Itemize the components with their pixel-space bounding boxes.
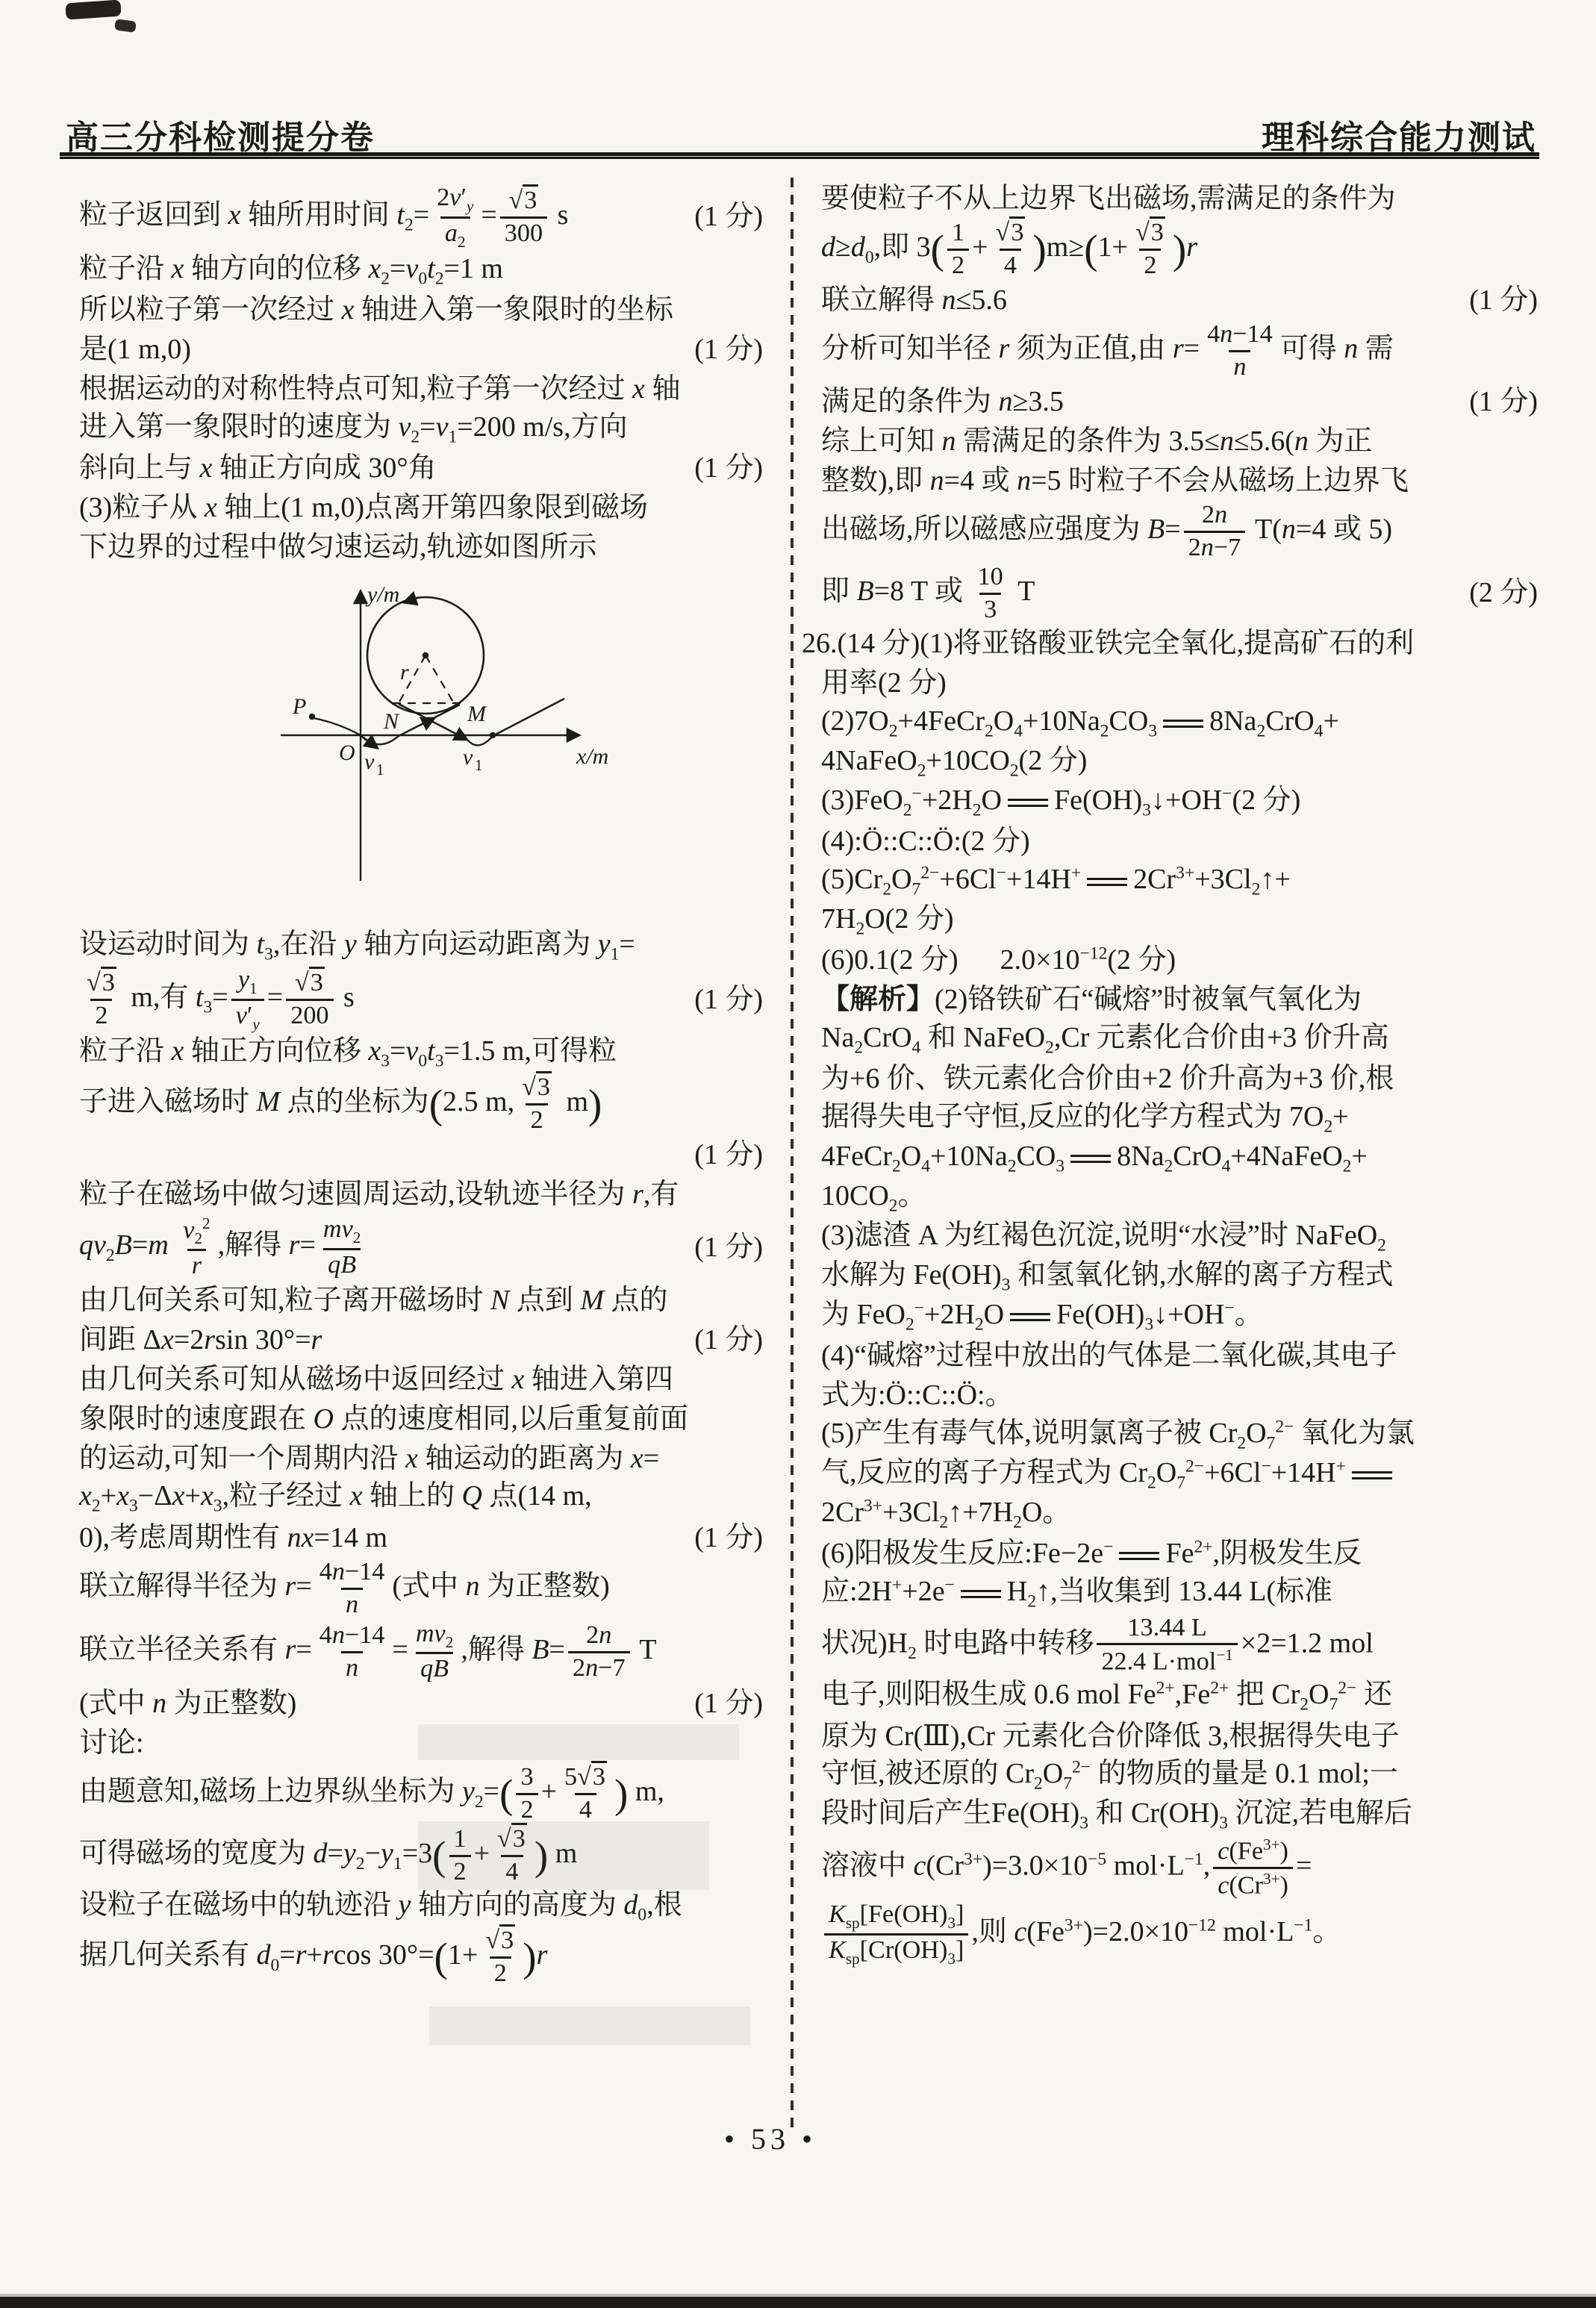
v1-label-first-sub: 1: [376, 761, 384, 779]
line-text: 状况)H2 时电路中转移13.44 L22.4 L·mol−1×2=1.2 mo…: [821, 1614, 1374, 1677]
line-text: qv2B=m v22r,解得 r=mv2qB: [79, 1214, 368, 1281]
text-line: 所以粒子第一次经过 x 轴进入第一象限时的坐标: [79, 290, 763, 330]
trajectory-figure: y/m x/m O P N M r v 1 v 1: [275, 582, 614, 885]
text-line: (3)粒子从 x 轴上(1 m,0)点离开第四象限到磁场: [79, 488, 763, 528]
text-line: 由题意知,磁场上边界纵坐标为 y2=(32+5√34) m,: [79, 1763, 763, 1825]
text-line: 即 B=8 T 或 103 T(2 分): [821, 563, 1538, 625]
header-right-title: 理科综合能力测试: [1262, 110, 1536, 158]
text-line: 联立解得 n≤5.6(1 分): [821, 281, 1538, 320]
x-axis-label: x/m: [576, 744, 608, 769]
text-line: 联立解得半径为 r=4n−14n(式中 n 为正整数): [79, 1558, 763, 1620]
v1-label-second-sub: 1: [475, 756, 483, 774]
text-line: 下边界的过程中做匀速运动,轨迹如图所示: [79, 528, 763, 567]
line-text: 粒子沿 x 轴方向的位移 x2=v0t2=1 m: [79, 252, 503, 290]
score-label: (1 分): [687, 982, 763, 1018]
text-line: 间距 Δx=2rsin 30°=r(1 分): [79, 1320, 763, 1360]
line-text: 是(1 m,0): [79, 332, 191, 368]
scanned-answer-page: 高三分科检测提分卷 理科综合能力测试 粒子返回到 x 轴所用时间 t2=2v′y…: [0, 0, 1596, 2308]
text-line: 4NaFeO2+10CO2(2 分): [821, 743, 1538, 783]
page-number: • 53 •: [673, 2121, 867, 2156]
line-text: 式为:Ö::C::Ö:。: [821, 1378, 1014, 1414]
line-text: 综上可知 n 需满足的条件为 3.5≤n≤5.6(n 为正: [821, 424, 1372, 460]
line-text: x2+x3−Δx+x3,粒子经过 x 轴上的 Q 点(14 m,: [79, 1479, 592, 1518]
line-text: d≥d0,即 3(12+√34)m≥(1+√32)r: [821, 219, 1197, 281]
line-text: 联立解得 n≤5.6: [821, 283, 1007, 319]
point-p-label: P: [292, 694, 306, 719]
p-to-origin-curve: [314, 718, 361, 735]
text-line: (式中 n 为正整数)(1 分): [79, 1684, 763, 1724]
line-text: 4NaFeO2+10CO2(2 分): [821, 743, 1087, 782]
text-line: 整数),即 n=4 或 n=5 时粒子不会从磁场上边界飞: [821, 461, 1538, 501]
score-label: (1 分): [687, 1686, 763, 1722]
text-line: 的运动,可知一个周期内沿 x 轴运动的距离为 x=: [79, 1439, 763, 1479]
text-line: 据得失电子守恒,反应的化学方程式为 7O2+: [821, 1100, 1538, 1139]
text-line: 分析可知半径 r 须为正值,由 r=4n−14n可得 n 需: [821, 320, 1538, 382]
line-text: 水解为 Fe(OH)3 和氢氧化钠,水解的离子方程式: [821, 1258, 1394, 1297]
text-line: 用率(2 分): [821, 664, 1538, 704]
line-text: 段时间后产生Fe(OH)3 和 Cr(OH)3 沉淀,若电解后: [821, 1796, 1412, 1835]
line-text: 0),考虑周期性有 nx=14 m: [79, 1521, 387, 1556]
text-line: 由几何关系可知从磁场中返回经过 x 轴进入第四: [79, 1360, 763, 1400]
text-line: 状况)H2 时电路中转移13.44 L22.4 L·mol−1×2=1.2 mo…: [821, 1614, 1538, 1677]
text-line: 粒子返回到 x 轴所用时间 t2=2v′ya2=√3300 s(1 分): [79, 184, 763, 251]
line-text: (6)阳极发生反应:Fe−2e−Fe2+,阴极发生反: [821, 1536, 1362, 1572]
scan-mark: [114, 19, 137, 33]
line-text: 26.(14 分)(1)将亚铬酸亚铁完全氧化,提高矿石的利: [802, 626, 1414, 662]
text-line: 综上可知 n 需满足的条件为 3.5≤n≤5.6(n 为正: [821, 422, 1538, 461]
line-text: 用率(2 分): [821, 666, 947, 702]
text-line: 要使粒子不从上边界飞出磁场,需满足的条件为: [821, 179, 1538, 219]
score-label: (1 分): [687, 1230, 763, 1266]
left-column: 粒子返回到 x 轴所用时间 t2=2v′ya2=√3300 s(1 分)粒子沿 …: [79, 184, 763, 1989]
line-text: 据得失电子守恒,反应的化学方程式为 7O2+: [821, 1100, 1349, 1138]
line-text: 4FeCr2O4+10Na2CO38Na2CrO4+4NaFeO2+: [821, 1139, 1368, 1178]
line-text: 应:2H++2e−H2↑,当收集到 13.44 L(标准: [821, 1574, 1332, 1613]
line-text: 象限时的速度跟在 O 点的速度相同,以后重复前面: [79, 1402, 688, 1438]
score-label: (1 分): [1462, 384, 1538, 420]
line-text: Ksp[Fe(OH)3]Ksp[Cr(OH)3],则 c(Fe3+)=2.0×1…: [821, 1900, 1341, 1968]
line-text: 要使粒子不从上边界飞出磁场,需满足的条件为: [821, 181, 1396, 217]
text-line: 粒子沿 x 轴正方向位移 x3=v0t3=1.5 m,可得粒: [79, 1034, 763, 1073]
line-text: 的运动,可知一个周期内沿 x 轴运动的距离为 x=: [79, 1441, 659, 1477]
line-text: (5)Cr2O72−+6Cl−+14H+2Cr3++3Cl2↑+: [821, 862, 1291, 901]
text-line: 是(1 m,0)(1 分): [79, 330, 763, 369]
right-column: 要使粒子不从上边界飞出磁场,需满足的条件为d≥d0,即 3(12+√34)m≥(…: [821, 179, 1538, 1968]
text-line: (4):Ö::C::Ö:(2 分): [821, 823, 1538, 862]
score-label: (1 分): [687, 332, 763, 368]
exit-line-from-n: [399, 704, 466, 739]
line-text: 溶液中 c(Cr3+)=3.0×10−5 mol·L−1,c(Fe3+)c(Cr…: [821, 1836, 1312, 1901]
text-line: 联立半径关系有 r=4n−14n=mv2qB,解得 B=2n2n−7 T: [79, 1620, 763, 1685]
point-n-label: N: [383, 709, 400, 734]
line-text: 7H2O(2 分): [821, 902, 954, 941]
score-label: (1 分): [1462, 283, 1538, 319]
score-label: (1 分): [687, 1521, 763, 1556]
text-line: 原为 Cr(Ⅲ),Cr 元素化合价降低 3,根据得失电子: [821, 1717, 1538, 1756]
text-line: 设运动时间为 t3,在沿 y 轴方向运动距离为 y1=: [79, 926, 763, 966]
line-text: 联立半径关系有 r=4n−14n=mv2qB,解得 B=2n2n−7 T: [79, 1620, 657, 1685]
line-text: 子进入磁场时 M 点的坐标为(2.5 m,√32 m): [79, 1073, 602, 1135]
text-line: 10CO2。: [821, 1179, 1538, 1218]
scan-artifact: [418, 1821, 709, 1890]
line-text: 为+6 价、铁元素化合价由+2 价升高为+3 价,根: [821, 1061, 1394, 1097]
text-line: (3)滤渣 A 为红褐色沉淀,说明“水浸”时 NaFeO2: [821, 1218, 1538, 1258]
text-line: 根据运动的对称性特点可知,粒子第一次经过 x 轴: [79, 369, 763, 409]
text-line: 电子,则阳极生成 0.6 mol Fe2+,Fe2+ 把 Cr2O72− 还: [821, 1677, 1538, 1717]
line-text: 【解析】(2)铬铁矿石“碱熔”时被氧气氧化为: [821, 982, 1362, 1018]
trajectory-diagram: y/m x/m O P N M r v 1 v 1: [275, 582, 614, 885]
text-line: 式为:Ö::C::Ö:。: [821, 1376, 1538, 1416]
scan-mark: [65, 0, 121, 20]
line-text: 2Cr3++3Cl2↑+7H2O。: [821, 1495, 1070, 1534]
line-text: 据几何关系有 d0=r+rcos 30°=(1+√32)r: [79, 1927, 547, 1989]
text-line: (5)Cr2O72−+6Cl−+14H+2Cr3++3Cl2↑+: [821, 862, 1538, 902]
text-line: 据几何关系有 d0=r+rcos 30°=(1+√32)r: [79, 1927, 763, 1989]
v1-arrow-first: [364, 737, 376, 747]
text-line: 子进入磁场时 M 点的坐标为(2.5 m,√32 m): [79, 1073, 763, 1135]
line-text: 为 FeO2−+2H2OFe(OH)3↓+OH−。: [821, 1297, 1263, 1336]
line-text: (3)FeO2−+2H2OFe(OH)3↓+OH−(2 分): [821, 783, 1300, 822]
line-text: (3)滤渣 A 为红褐色沉淀,说明“水浸”时 NaFeO2: [821, 1218, 1386, 1257]
text-line: 为 FeO2−+2H2OFe(OH)3↓+OH−。: [821, 1297, 1538, 1337]
text-line: 0),考虑周期性有 nx=14 m(1 分): [79, 1518, 763, 1558]
line-text: 电子,则阳极生成 0.6 mol Fe2+,Fe2+ 把 Cr2O72− 还: [821, 1677, 1392, 1716]
line-text: (式中 n 为正整数): [79, 1686, 296, 1722]
score-label: (1 分): [687, 1323, 763, 1359]
line-text: 粒子在磁场中做匀速圆周运动,设轨迹半径为 r,有: [79, 1177, 679, 1213]
text-line: 4FeCr2O4+10Na2CO38Na2CrO4+4NaFeO2+: [821, 1139, 1538, 1179]
line-text: 下边界的过程中做匀速运动,轨迹如图所示: [79, 530, 597, 566]
line-text: 由几何关系可知,粒子离开磁场时 N 点到 M 点的: [79, 1283, 668, 1319]
score-label: (1 分): [687, 1138, 763, 1173]
scan-artifact: [418, 1724, 739, 1760]
v1-label-first: v: [364, 749, 375, 774]
text-line: 出磁场,所以磁感应强度为 B=2n2n−7 T(n=4 或 5): [821, 501, 1538, 563]
text-line: 象限时的速度跟在 O 点的速度相同,以后重复前面: [79, 1400, 763, 1439]
line-text: 气,反应的离子方程式为 Cr2O72−+6Cl−+14H+: [821, 1456, 1398, 1494]
text-line: 2Cr3++3Cl2↑+7H2O。: [821, 1495, 1538, 1535]
line-text: 联立解得半径为 r=4n−14n(式中 n 为正整数): [79, 1558, 610, 1620]
scan-bottom-edge: [0, 2297, 1596, 2308]
line-text: 守恒,被还原的 Cr2O72− 的物质的量是 0.1 mol;一: [821, 1756, 1398, 1795]
line-text: (5)产生有毒气体,说明氯离子被 Cr2O72− 氧化为氯: [821, 1416, 1415, 1455]
text-line: (3)FeO2−+2H2OFe(OH)3↓+OH−(2 分): [821, 783, 1538, 823]
score-label: (1 分): [687, 199, 763, 235]
text-line: (4)“碱熔”过程中放出的气体是二氧化碳,其电子: [821, 1337, 1538, 1376]
line-text: 讨论:: [79, 1726, 144, 1762]
text-line: d≥d0,即 3(12+√34)m≥(1+√32)r: [821, 219, 1538, 281]
text-line: 满足的条件为 n≥3.5(1 分): [821, 382, 1538, 422]
text-line: (1 分): [79, 1135, 763, 1175]
line-text: 间距 Δx=2rsin 30°=r: [79, 1323, 322, 1359]
text-line: 斜向上与 x 轴正方向成 30°角(1 分): [79, 449, 763, 488]
text-line: 守恒,被还原的 Cr2O72− 的物质的量是 0.1 mol;一: [821, 1756, 1538, 1796]
line-text: (6)0.1(2 分)2.0×10−12(2 分): [821, 943, 1176, 979]
line-text: 斜向上与 x 轴正方向成 30°角: [79, 451, 437, 487]
radius-label: r: [400, 660, 409, 684]
line-text: 原为 Cr(Ⅲ),Cr 元素化合价降低 3,根据得失电子: [821, 1719, 1399, 1755]
line-text: 分析可知半径 r 须为正值,由 r=4n−14n可得 n 需: [821, 320, 1394, 382]
scan-artifact: [429, 2006, 750, 2045]
point-m-label: M: [467, 702, 487, 726]
text-line: Ksp[Fe(OH)3]Ksp[Cr(OH)3],则 c(Fe3+)=2.0×1…: [821, 1900, 1538, 1968]
line-text: 即 B=8 T 或 103 T: [821, 563, 1035, 625]
line-text: 10CO2。: [821, 1179, 926, 1217]
line-text: 设粒子在磁场中的轨迹沿 y 轴方向的高度为 d0,根: [79, 1888, 682, 1927]
text-line: 进入第一象限时的速度为 v2=v1=200 m/s,方向: [79, 409, 763, 449]
text-line: (2)7O2+4FeCr2O4+10Na2CO38Na2CrO4+: [821, 704, 1538, 743]
text-line: (6)阳极发生反应:Fe−2e−Fe2+,阴极发生反: [821, 1535, 1538, 1574]
origin-label: O: [339, 740, 355, 765]
line-text: (4):Ö::C::Ö:(2 分): [821, 824, 1030, 860]
text-line: 26.(14 分)(1)将亚铬酸亚铁完全氧化,提高矿石的利: [802, 625, 1538, 664]
text-line: 溶液中 c(Cr3+)=3.0×10−5 mol·L−1,c(Fe3+)c(Cr…: [821, 1836, 1538, 1901]
text-line: qv2B=m v22r,解得 r=mv2qB(1 分): [79, 1214, 763, 1281]
text-line: 粒子在磁场中做匀速圆周运动,设轨迹半径为 r,有: [79, 1175, 763, 1214]
line-text: 所以粒子第一次经过 x 轴进入第一象限时的坐标: [79, 293, 673, 328]
text-line: x2+x3−Δx+x3,粒子经过 x 轴上的 Q 点(14 m,: [79, 1479, 763, 1518]
text-line: 气,反应的离子方程式为 Cr2O72−+6Cl−+14H+: [821, 1456, 1538, 1495]
line-text: 由几何关系可知从磁场中返回经过 x 轴进入第四: [79, 1362, 673, 1398]
line-text: 粒子返回到 x 轴所用时间 t2=2v′ya2=√3300 s: [79, 184, 568, 251]
text-line: 7H2O(2 分): [821, 902, 1538, 941]
line-text: 粒子沿 x 轴正方向位移 x3=v0t3=1.5 m,可得粒: [79, 1034, 617, 1073]
line-text: 满足的条件为 n≥3.5: [821, 384, 1064, 420]
text-line: Na2CrO4 和 NaFeO2,Cr 元素化合价由+3 价升高: [821, 1020, 1538, 1060]
header-left-title: 高三分科检测提分卷: [66, 110, 375, 158]
text-line: 为+6 价、铁元素化合价由+2 价升高为+3 价,根: [821, 1060, 1538, 1100]
line-text: (4)“碱熔”过程中放出的气体是二氧化碳,其电子: [821, 1338, 1397, 1374]
text-line: (5)产生有毒气体,说明氯离子被 Cr2O72− 氧化为氯: [821, 1416, 1538, 1456]
header-rule: [60, 152, 1539, 159]
left-text-top: 粒子返回到 x 轴所用时间 t2=2v′ya2=√3300 s(1 分)粒子沿 …: [79, 184, 763, 567]
right-text: 要使粒子不从上边界飞出磁场,需满足的条件为d≥d0,即 3(12+√34)m≥(…: [821, 179, 1538, 1968]
text-line: 【解析】(2)铬铁矿石“碱熔”时被氧气氧化为: [821, 981, 1538, 1020]
column-divider: [791, 178, 794, 2133]
text-line: 水解为 Fe(OH)3 和氢氧化钠,水解的离子方程式: [821, 1258, 1538, 1297]
line-text: (2)7O2+4FeCr2O4+10Na2CO38Na2CrO4+: [821, 704, 1339, 743]
line-text: 由题意知,磁场上边界纵坐标为 y2=(32+5√34) m,: [79, 1763, 664, 1825]
score-label: (1 分): [687, 451, 763, 487]
text-line: 应:2H++2e−H2↑,当收集到 13.44 L(标准: [821, 1574, 1538, 1614]
line-text: √32 m,有 t3=y1v′y=√3200 s: [79, 966, 355, 1033]
line-text: 出磁场,所以磁感应强度为 B=2n2n−7 T(n=4 或 5): [821, 501, 1392, 563]
line-text: Na2CrO4 和 NaFeO2,Cr 元素化合价由+3 价升高: [821, 1020, 1389, 1059]
text-line: (6)0.1(2 分)2.0×10−12(2 分): [821, 941, 1538, 981]
dashed-radius-right: [426, 655, 454, 703]
line-text: 进入第一象限时的速度为 v2=v1=200 m/s,方向: [79, 410, 628, 449]
line-text: 整数),即 n=4 或 n=5 时粒子不会从磁场上边界飞: [821, 464, 1409, 499]
text-line: 由几何关系可知,粒子离开磁场时 N 点到 M 点的: [79, 1281, 763, 1320]
v1-label-second: v: [463, 745, 473, 770]
text-line: 粒子沿 x 轴方向的位移 x2=v0t2=1 m: [79, 251, 763, 290]
x-axis-return-dot: [490, 732, 496, 738]
line-text: 根据运动的对称性特点可知,粒子第一次经过 x 轴: [79, 372, 680, 408]
line-text: (3)粒子从 x 轴上(1 m,0)点离开第四象限到磁场: [79, 490, 648, 526]
y-axis-label: y/m: [365, 582, 399, 607]
line-text: 设运动时间为 t3,在沿 y 轴方向运动距离为 y1=: [79, 927, 635, 966]
page-header: 高三分科检测提分卷 理科综合能力测试: [66, 110, 1536, 158]
text-line: √32 m,有 t3=y1v′y=√3200 s(1 分): [79, 966, 763, 1033]
score-label: (2 分): [1462, 576, 1538, 611]
text-line: 设粒子在磁场中的轨迹沿 y 轴方向的高度为 d0,根: [79, 1887, 763, 1927]
text-line: 段时间后产生Fe(OH)3 和 Cr(OH)3 沉淀,若电解后: [821, 1796, 1538, 1836]
